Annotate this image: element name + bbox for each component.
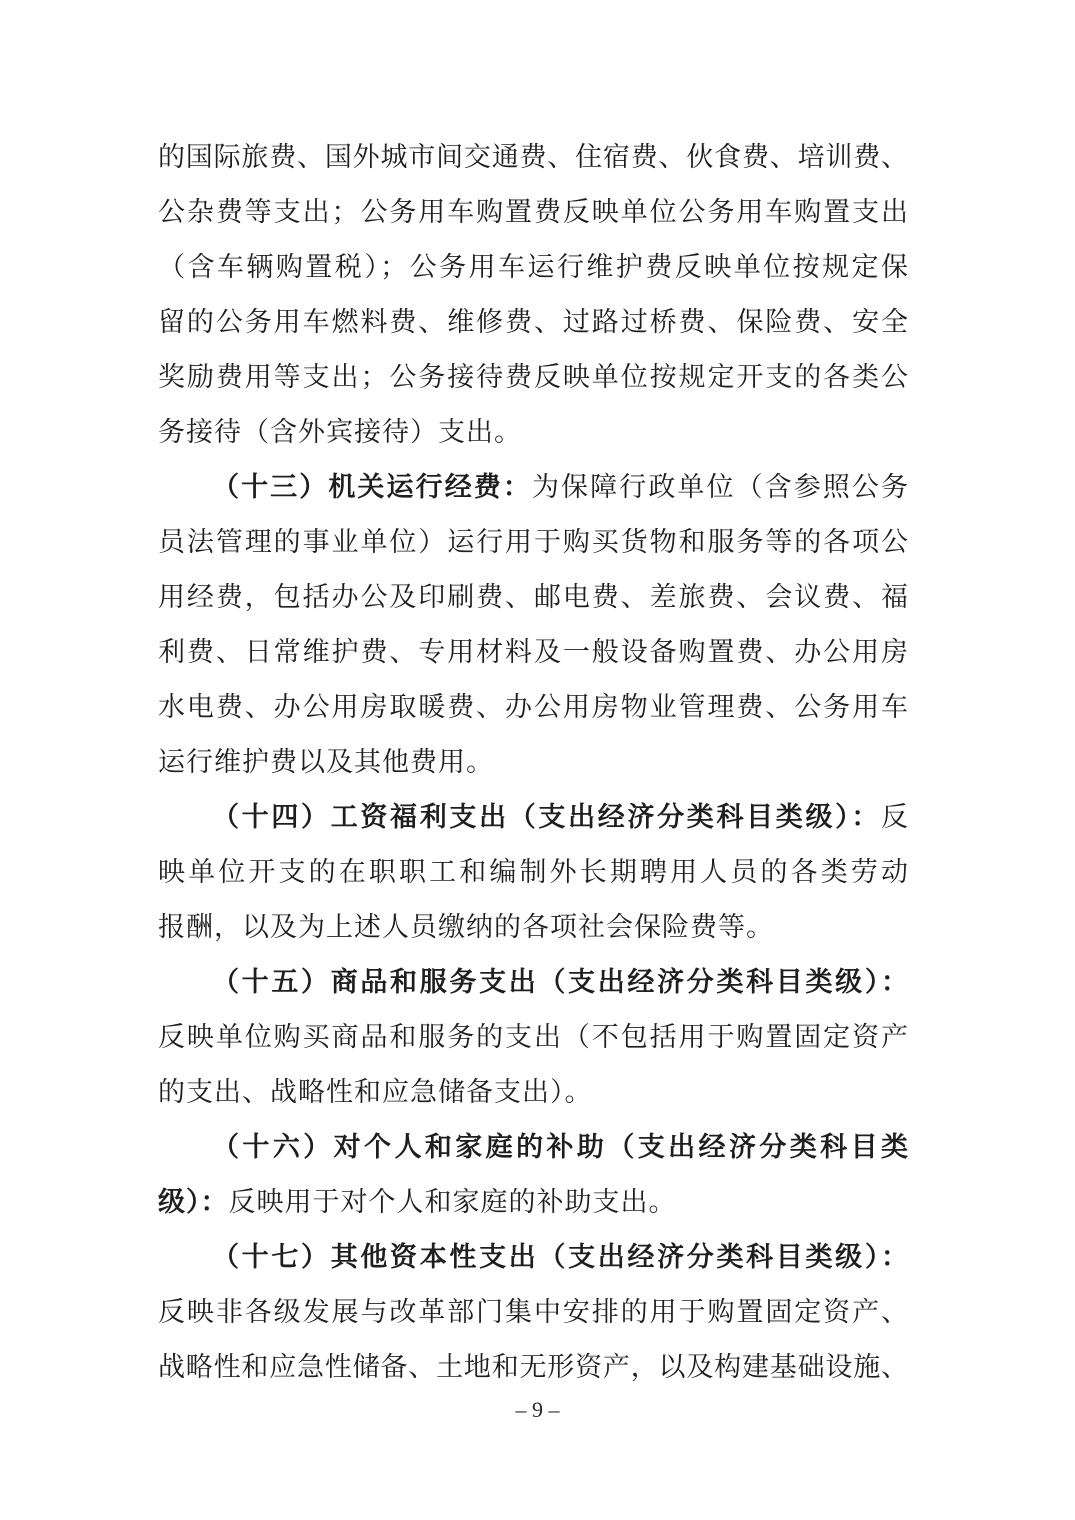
section-heading-bold-text: （十七）其他资本性支出（支出经济分类科目类级）：: [212, 1242, 908, 1272]
body-text-line: 报酬，以及为上述人员缴纳的各项社会保险费等。: [158, 900, 908, 955]
section-heading-line: （十六）对个人和家庭的补助（支出经济分类科目类: [158, 1120, 908, 1175]
section-heading-bold-text: （十三）机关运行经费：: [212, 472, 532, 502]
section-heading-line: （十七）其他资本性支出（支出经济分类科目类级）：: [158, 1230, 908, 1285]
section-heading-line: （十五）商品和服务支出（支出经济分类科目类级）：: [158, 955, 908, 1010]
body-text: 映单位开支的在职职工和编制外长期聘用人员的各类劳动: [158, 857, 908, 887]
body-text-line: 利费、日常维护费、专用材料及一般设备购置费、办公用房: [158, 625, 908, 680]
body-text-line: 用经费，包括办公及印刷费、邮电费、差旅费、会议费、福: [158, 570, 908, 625]
body-text: 的国际旅费、国外城市间交通费、住宿费、伙食费、培训费、: [158, 142, 908, 172]
body-text: 水电费、办公用房取暖费、办公用房物业管理费、公务用车: [158, 692, 908, 722]
body-text-line: 公杂费等支出；公务用车购置费反映单位公务用车购置支出: [158, 185, 908, 240]
body-text: 反映非各级发展与改革部门集中安排的用于购置固定资产、: [158, 1297, 908, 1327]
body-text-line: （含车辆购置税）；公务用车运行维护费反映单位按规定保: [158, 240, 908, 295]
body-text: 公杂费等支出；公务用车购置费反映单位公务用车购置支出: [158, 197, 908, 227]
body-text: 反映用于对个人和家庭的补助支出。: [229, 1187, 677, 1217]
section-heading-bold-text: （十六）对个人和家庭的补助（支出经济分类科目类: [212, 1132, 908, 1162]
body-text-line: 留的公务用车燃料费、维修费、过路过桥费、保险费、安全: [158, 295, 908, 350]
section-heading-line: （十三）机关运行经费：为保障行政单位（含参照公务: [158, 460, 908, 515]
section-heading-line: 级）：反映用于对个人和家庭的补助支出。: [158, 1175, 908, 1230]
body-text: （含车辆购置税）；公务用车运行维护费反映单位按规定保: [158, 252, 908, 282]
body-text: 员法管理的事业单位）运行用于购买货物和服务等的各项公: [158, 527, 908, 557]
body-text-line: 的国际旅费、国外城市间交通费、住宿费、伙食费、培训费、: [158, 130, 908, 185]
body-text-line: 映单位开支的在职职工和编制外长期聘用人员的各类劳动: [158, 845, 908, 900]
body-text-line: 战略性和应急性储备、土地和无形资产，以及构建基础设施、: [158, 1340, 908, 1395]
section-heading-line: （十四）工资福利支出（支出经济分类科目类级）：反: [158, 790, 908, 845]
body-text-line: 的支出、战略性和应急储备支出）。: [158, 1065, 908, 1120]
body-text: 反: [881, 802, 908, 832]
body-text: 运行维护费以及其他费用。: [158, 747, 494, 777]
body-text: 留的公务用车燃料费、维修费、过路过桥费、保险费、安全: [158, 307, 908, 337]
page-number: – 9 –: [0, 1392, 1075, 1428]
body-text: 报酬，以及为上述人员缴纳的各项社会保险费等。: [158, 912, 774, 942]
body-text: 战略性和应急性储备、土地和无形资产，以及构建基础设施、: [158, 1352, 908, 1382]
body-text: 用经费，包括办公及印刷费、邮电费、差旅费、会议费、福: [158, 582, 908, 612]
body-text: 为保障行政单位（含参照公务: [532, 472, 908, 502]
body-text-line: 反映非各级发展与改革部门集中安排的用于购置固定资产、: [158, 1285, 908, 1340]
body-text-line: 奖励费用等支出；公务接待费反映单位按规定开支的各类公: [158, 350, 908, 405]
body-text: 务接待（含外宾接待）支出。: [158, 417, 522, 447]
section-heading-bold-text: 级）：: [158, 1187, 229, 1217]
body-text-line: 运行维护费以及其他费用。: [158, 735, 908, 790]
body-text: 的支出、战略性和应急储备支出）。: [158, 1077, 593, 1107]
body-text-line: 反映单位购买商品和服务的支出（不包括用于购置固定资产: [158, 1010, 908, 1065]
section-heading-bold-text: （十五）商品和服务支出（支出经济分类科目类级）：: [212, 967, 908, 997]
document-page: 的国际旅费、国外城市间交通费、住宿费、伙食费、培训费、公杂费等支出；公务用车购置…: [0, 0, 1075, 1520]
body-text-line: 务接待（含外宾接待）支出。: [158, 405, 908, 460]
body-text-line: 水电费、办公用房取暖费、办公用房物业管理费、公务用车: [158, 680, 908, 735]
body-text: 奖励费用等支出；公务接待费反映单位按规定开支的各类公: [158, 362, 908, 392]
body-text-line: 员法管理的事业单位）运行用于购买货物和服务等的各项公: [158, 515, 908, 570]
body-text: 反映单位购买商品和服务的支出（不包括用于购置固定资产: [158, 1022, 908, 1052]
section-heading-bold-text: （十四）工资福利支出（支出经济分类科目类级）：: [212, 802, 881, 832]
text-block: 的国际旅费、国外城市间交通费、住宿费、伙食费、培训费、公杂费等支出；公务用车购置…: [158, 130, 908, 1395]
body-text: 利费、日常维护费、专用材料及一般设备购置费、办公用房: [158, 637, 908, 667]
